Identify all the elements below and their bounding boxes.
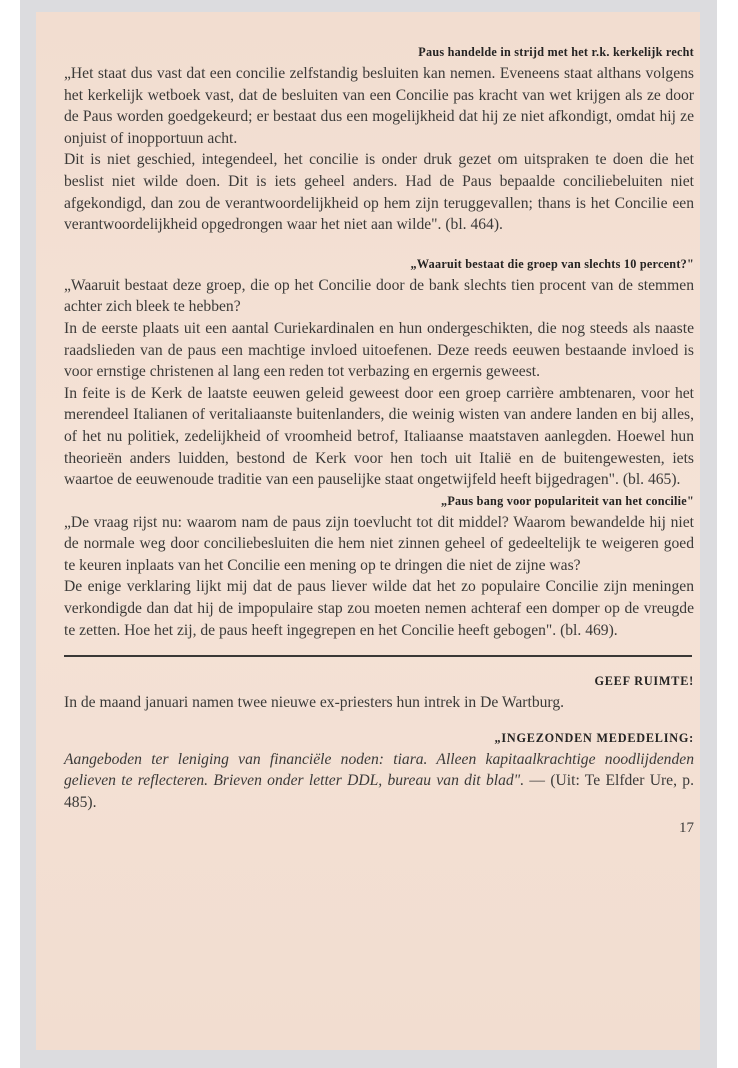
section-heading: „Paus bang voor populariteit van het con… bbox=[64, 491, 694, 512]
paragraph: Dit is niet geschied, integendeel, het c… bbox=[64, 149, 694, 235]
section-waaruit-bestaat: „Waaruit bestaat die groep van slechts 1… bbox=[64, 254, 694, 491]
paragraph: „Het staat dus vast dat een concilie zel… bbox=[64, 63, 694, 149]
notice-geef-ruimte: GEEF RUIMTE! In de maand januari namen t… bbox=[64, 671, 694, 714]
paragraph: „Waaruit bestaat deze groep, die op het … bbox=[64, 275, 694, 318]
paragraph: In de eerste plaats uit een aantal Curie… bbox=[64, 318, 694, 383]
advert-body: Aangeboden ter leniging van financiële n… bbox=[64, 749, 694, 814]
page-number: 17 bbox=[64, 818, 694, 840]
notice-text: In de maand januari namen twee nieuwe ex… bbox=[64, 692, 694, 714]
section-heading: „Waaruit bestaat die groep van slechts 1… bbox=[64, 254, 694, 275]
section-paus-bang: „Paus bang voor populariteit van het con… bbox=[64, 491, 694, 642]
notice-heading: GEEF RUIMTE! bbox=[64, 671, 694, 692]
advert-heading: „INGEZONDEN MEDEDELING: bbox=[64, 728, 694, 749]
section-paus-handelde: Paus handelde in strijd met het r.k. ker… bbox=[64, 42, 694, 236]
paragraph: De enige verklaring lijkt mij dat de pau… bbox=[64, 576, 694, 641]
advert-ingezonden-mededeling: „INGEZONDEN MEDEDELING: Aangeboden ter l… bbox=[64, 728, 694, 814]
paragraph: „De vraag rijst nu: waarom nam de paus z… bbox=[64, 512, 694, 577]
page-content: Paus handelde in strijd met het r.k. ker… bbox=[64, 42, 694, 839]
paragraph: In feite is de Kerk de laatste eeuwen ge… bbox=[64, 383, 694, 491]
section-heading: Paus handelde in strijd met het r.k. ker… bbox=[64, 42, 694, 63]
